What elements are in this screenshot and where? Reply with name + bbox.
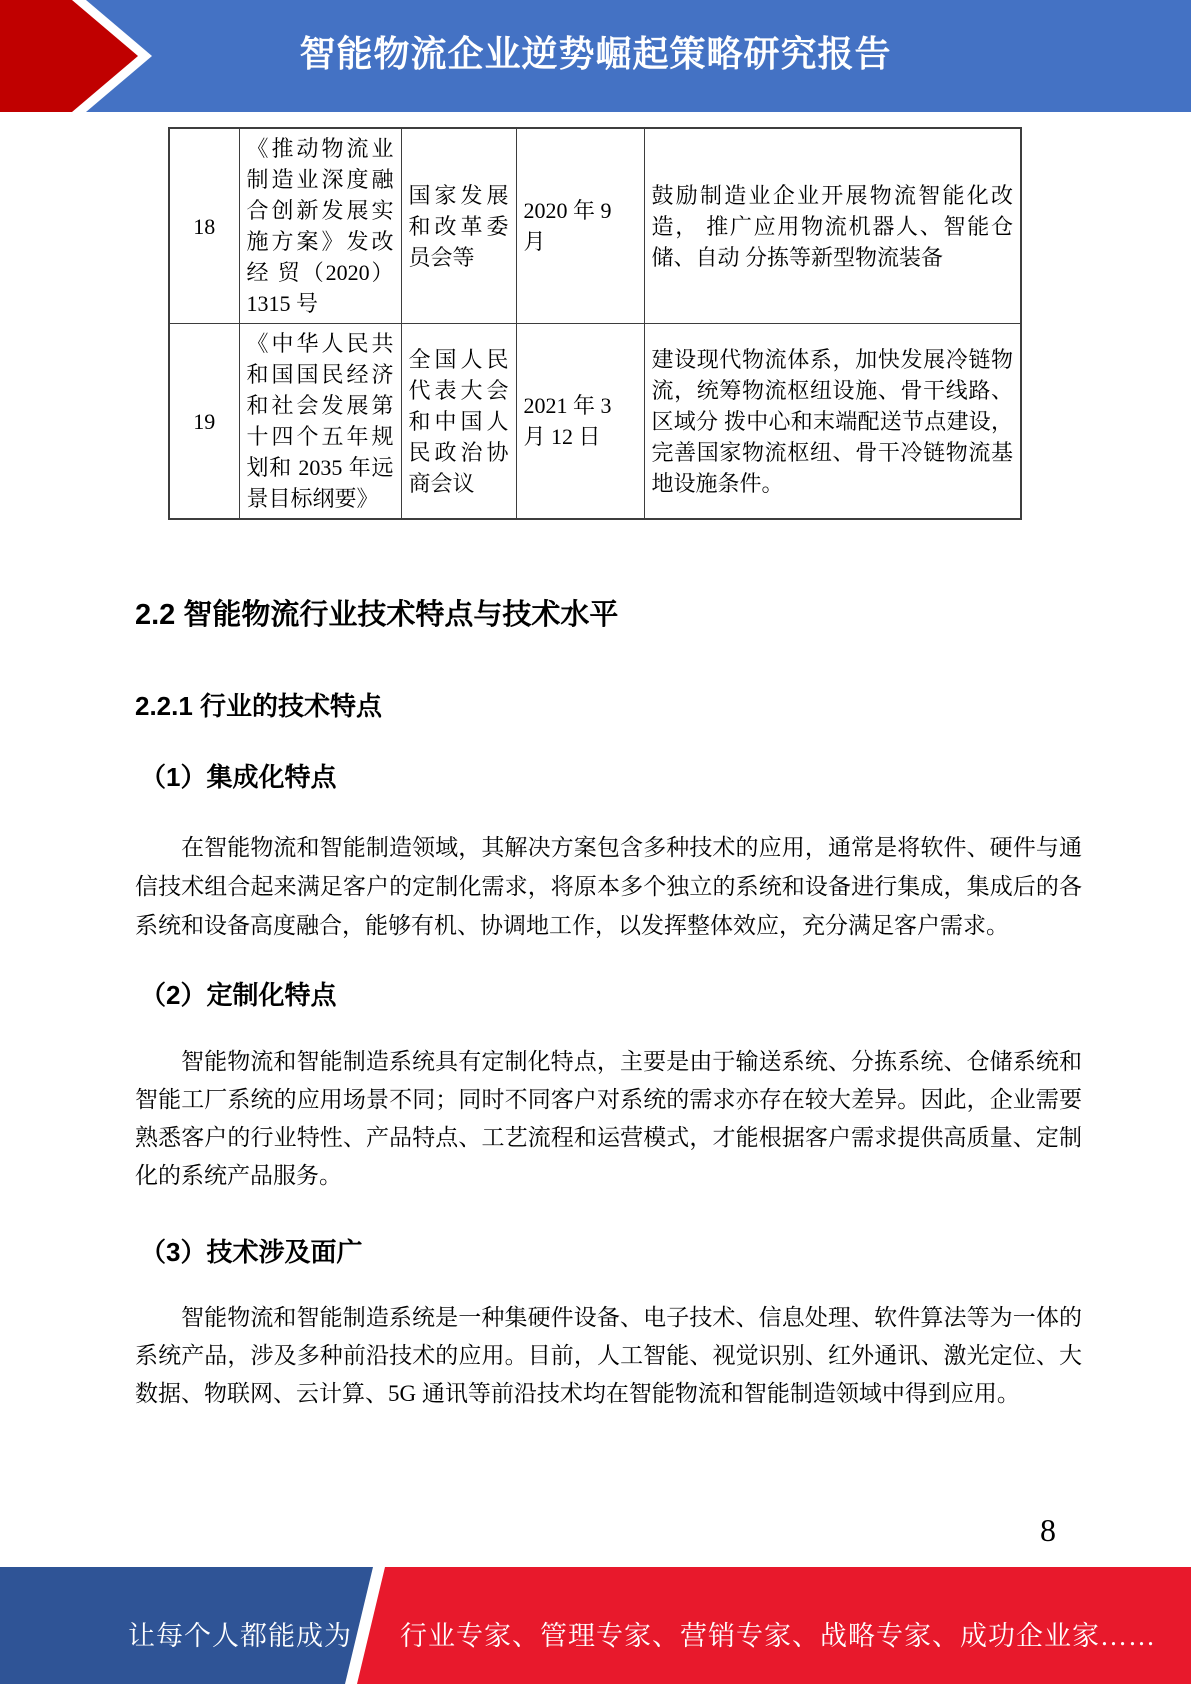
paragraph-customization: 智能物流和智能制造系统具有定制化特点，主要是由于输送系统、分拣系统、仓储系统和智…: [135, 1043, 1082, 1195]
page-title: 智能物流企业逆势崛起策略研究报告: [0, 26, 1191, 77]
paragraph-integration: 在智能物流和智能制造领域，其解决方案包含多种技术的应用，通常是将软件、硬件与通信…: [135, 828, 1082, 945]
cell-row-number: 19: [169, 324, 239, 520]
heading-2-2-1: 2.2.1 行业的技术特点: [135, 686, 382, 723]
heading-sub-1: （1）集成化特点: [140, 757, 336, 794]
heading-sub-3: （3）技术涉及面广: [140, 1232, 362, 1269]
cell-issuer: 全国人民 代表大会 和中国人民政治协 商会议: [401, 324, 516, 520]
cell-issuer: 国家发展 和改革委 员会等: [401, 128, 516, 324]
cell-content: 建设现代物流体系，加快发展冷链物流，统筹物流枢纽设施、骨干线路、区域分 拨中心和…: [644, 324, 1021, 520]
page-number: 8: [1040, 1512, 1056, 1549]
policy-table: 18 《推动物流业 制造业深度融 合创新发展实 施方案》发改经 贸（2020）1…: [168, 127, 1022, 520]
footer-slogan-left: 让每个人都能成为: [0, 1614, 352, 1653]
header-banner: 智能物流企业逆势崛起策略研究报告: [0, 0, 1191, 112]
paragraph-technology: 智能物流和智能制造系统是一种集硬件设备、电子技术、信息处理、软件算法等为一体的系…: [135, 1299, 1082, 1413]
heading-2-2: 2.2 智能物流行业技术特点与技术水平: [135, 592, 618, 633]
heading-sub-2: （2）定制化特点: [140, 975, 336, 1012]
footer-slogan-right: 行业专家、管理专家、营销专家、战略专家、成功企业家……: [400, 1614, 1160, 1653]
cell-row-number: 18: [169, 128, 239, 324]
cell-date: 2021 年 3 月 12 日: [516, 324, 644, 520]
cell-content: 鼓励制造业企业开展物流智能化改造， 推广应用物流机器人、智能仓储、自动 分拣等新…: [644, 128, 1021, 324]
table-row: 18 《推动物流业 制造业深度融 合创新发展实 施方案》发改经 贸（2020）1…: [169, 128, 1021, 324]
cell-policy-name: 《推动物流业 制造业深度融 合创新发展实 施方案》发改经 贸（2020）1315…: [239, 128, 401, 324]
report-page: 智能物流企业逆势崛起策略研究报告 18 《推动物流业 制造业深度融 合创新发展实…: [0, 0, 1191, 1684]
cell-policy-name: 《中华人民共 和国国民经济 和社会发展第十四个五年规 划和 2035 年远 景目…: [239, 324, 401, 520]
cell-date: 2020 年 9 月: [516, 128, 644, 324]
red-arrow-icon: [0, 0, 160, 112]
table-row: 19 《中华人民共 和国国民经济 和社会发展第十四个五年规 划和 2035 年远…: [169, 324, 1021, 520]
